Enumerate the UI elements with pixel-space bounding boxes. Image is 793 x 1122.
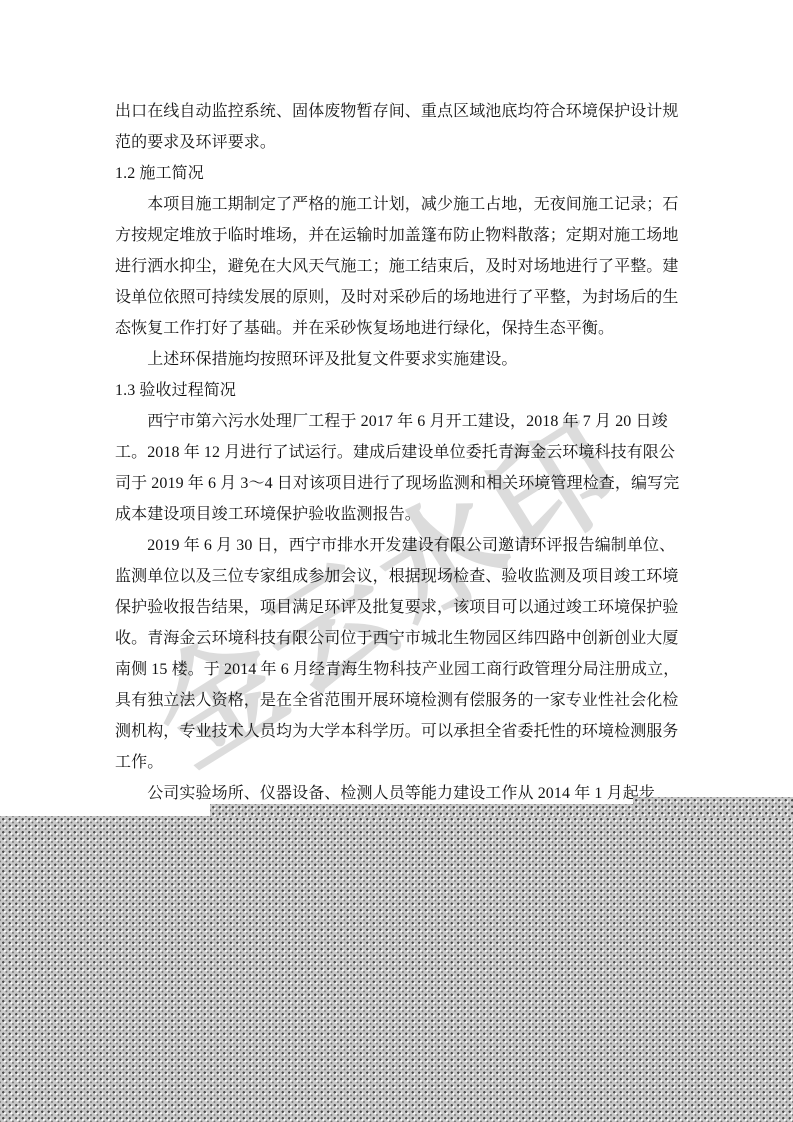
- text-line: 本项目施工期制定了严格的施工计划，减少施工占地，无夜间施工记录；石: [115, 189, 685, 220]
- text-line: 上述环保措施均按照环评及批复文件要求实施建设。: [115, 344, 685, 375]
- text-line: 西宁市第六污水处理厂工程于 2017 年 6 月开工建设，2018 年 7 月 …: [115, 406, 685, 437]
- text-line: 进行洒水抑尘，避免在大风天气施工；施工结束后，及时对场地进行了平整。建: [115, 251, 685, 282]
- text-line: 成本建设项目竣工环境保护验收监测报告。: [115, 499, 685, 530]
- text-line: 设单位依照可持续发展的原则，及时对采砂后的场地进行了平整，为封场后的生: [115, 282, 685, 313]
- text-line: 2019 年 6 月 30 日，西宁市排水开发建设有限公司邀请环评报告编制单位、: [115, 530, 685, 561]
- document-page: 金云水印 出口在线自动监控系统、固体废物暂存间、重点区域池底均符合环境保护设计规…: [0, 0, 793, 1122]
- text-line: 范的要求及环评要求。: [115, 127, 685, 158]
- text-line: 工作。: [115, 747, 685, 778]
- text-line: 测机构，专业技术人员均为大学本科学历。可以承担全省委托性的环境检测服务: [115, 716, 685, 747]
- text-line: 态恢复工作打好了基础。并在采砂恢复场地进行绿化，保持生态平衡。: [115, 313, 685, 344]
- text-line: 收。青海金云环境科技有限公司位于西宁市城北生物园区纬四路中创新创业大厦: [115, 623, 685, 654]
- text-line: 具有独立法人资格，是在全省范围开展环境检测有偿服务的一家专业性社会化检: [115, 685, 685, 716]
- scan-noise-step-right: [633, 797, 793, 817]
- section-heading: 1.3 验收过程简况: [115, 375, 685, 406]
- text-line: 保护验收报告结果，项目满足环评及批复要求，该项目可以通过竣工环境保护验: [115, 592, 685, 623]
- text-line: 工。2018 年 12 月进行了试运行。建成后建设单位委托青海金云环境科技有限公: [115, 437, 685, 468]
- section-heading: 1.2 施工简况: [115, 158, 685, 189]
- text-line: 监测单位以及三位专家组成参加会议，根据现场检查、验收监测及项目竣工环境: [115, 561, 685, 592]
- text-line: 南侧 15 楼。于 2014 年 6 月经青海生物科技产业园工商行政管理分局注册…: [115, 654, 685, 685]
- text-line: 方按规定堆放于临时堆场，并在运输时加盖篷布防止物料散落；定期对施工场地: [115, 220, 685, 251]
- text-line: 司于 2019 年 6 月 3～4 日对该项目进行了现场监测和相关环境管理检查，…: [115, 468, 685, 499]
- scan-noise-region: [0, 816, 793, 1122]
- text-line: 出口在线自动监控系统、固体废物暂存间、重点区域池底均符合环境保护设计规: [115, 96, 685, 127]
- document-body: 出口在线自动监控系统、固体废物暂存间、重点区域池底均符合环境保护设计规范的要求及…: [115, 96, 685, 809]
